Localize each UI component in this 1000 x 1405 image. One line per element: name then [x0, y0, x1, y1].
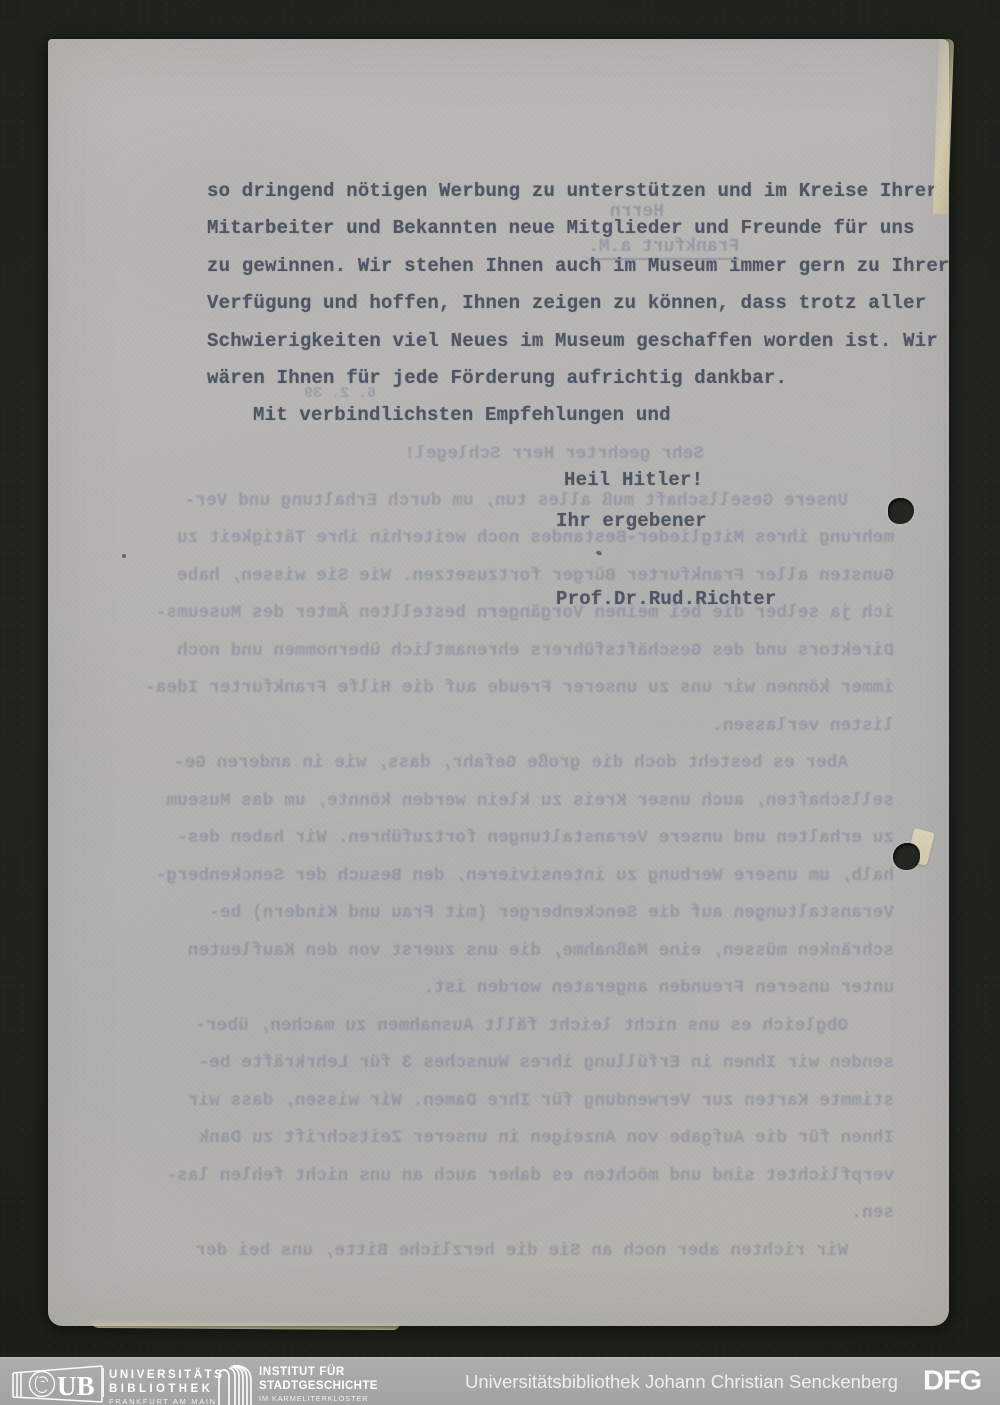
- bleedthrough-line: stimmte Karten zur Verwendung für Ihre D…: [56, 1083, 894, 1121]
- bleedthrough-line: Obgleich es uns nicht leicht fällt Ausna…: [56, 1008, 894, 1046]
- dfg-logo: DFG: [923, 1365, 981, 1397]
- library-attribution-text: Universitätsbibliothek Johann Christian …: [465, 1371, 898, 1393]
- bleedthrough-line: Wir richten aber noch an Sie die herzlic…: [56, 1233, 894, 1271]
- bleedthrough-line: sellschaften, auch unser Kreis zu klein …: [56, 783, 894, 821]
- letter-body: so dringend nötigen Werbung zu unterstüt…: [207, 173, 977, 435]
- typed-line: Schwierigkeiten viel Neues im Museum ges…: [207, 323, 977, 360]
- bleedthrough-line: unter unseren Freunden angeraten worden …: [56, 970, 894, 1008]
- bleedthrough-line: senden wir Ihnen in Erfüllung ihres Wuns…: [56, 1045, 894, 1083]
- ub-frankfurt-logo: UB: [12, 1363, 104, 1403]
- bleedthrough-line: zu erhalten und unsere Veranstaltungen f…: [56, 820, 894, 858]
- typed-line: Mit verbindlichsten Empfehlungen und: [207, 397, 977, 434]
- ub-line1: UNIVERSITÄTS: [109, 1370, 225, 1382]
- punch-hole-top: [888, 498, 914, 524]
- bleedthrough-line: verpflichtet sind und möchten es daher a…: [56, 1158, 894, 1196]
- ub-line2: BIBLIOTHEK: [109, 1384, 225, 1396]
- bleedthrough-line: sen.: [56, 1195, 894, 1233]
- institut-stadtgeschichte-label: INSTITUT FÜR STADTGESCHICHTE IM KARMELIT…: [259, 1367, 378, 1405]
- bleedthrough-line: Aber es besteht doch die große Gefahr, d…: [56, 745, 894, 783]
- institut-line2: STADTGESCHICHTE: [259, 1381, 378, 1393]
- typed-line: wären Ihnen für jede Förderung aufrichti…: [207, 360, 977, 397]
- signature-line: Prof.Dr.Rud.Richter: [556, 581, 776, 618]
- bleedthrough-line: halb, um unsere Werbung zu intensivieren…: [56, 858, 894, 896]
- heil-hitler-line: Heil Hitler!: [556, 462, 776, 499]
- bleedthrough-line: immer können wir uns zu unserer Freude a…: [56, 670, 894, 708]
- university-library-name-lines: UNIVERSITÄTS BIBLIOTHEK FRANKFURT AM MAI…: [109, 1370, 225, 1405]
- bleedthrough-line: schränken müssen, eine Maßnahme, die uns…: [56, 933, 894, 971]
- stadtgeschichte-arch-icon: [215, 1365, 253, 1405]
- bleedthrough-line: Direktors und des Geschäftsführers ehren…: [56, 633, 894, 671]
- scanned-letter-page: Herrn Frankfurt a.M. 6. 2. 39 Sehr geehr…: [48, 39, 949, 1326]
- bleedthrough-line: Veranstaltungen auf die Senckenberger (m…: [56, 895, 894, 933]
- punch-hole-bottom: [893, 843, 920, 870]
- ub-line3: FRANKFURT AM MAIN: [109, 1398, 225, 1405]
- ub-wordmark: UB: [57, 1371, 95, 1401]
- bleedthrough-line: Ihnen für die Aufgabe von Anzeigen in un…: [56, 1120, 894, 1158]
- typed-line: Verfügung und hoffen, Ihnen zeigen zu kö…: [207, 285, 977, 322]
- ink-speck: [122, 554, 126, 558]
- typed-line: so dringend nötigen Werbung zu unterstüt…: [207, 173, 977, 210]
- viewer-footer-bar: UB UNIVERSITÄTS BIBLIOTHEK FRANKFURT AM …: [0, 1357, 1000, 1405]
- sender-line: Ihr ergebener: [556, 503, 776, 540]
- footer-divider-line: [102, 1368, 104, 1397]
- typed-line: zu gewinnen. Wir stehen Ihnen auch im Mu…: [207, 248, 977, 285]
- closing-block: Heil Hitler! Ihr ergebener Prof.Dr.Rud.R…: [556, 462, 776, 618]
- document-scan-background: { "letter": { "body_lines": [ {"text": "…: [0, 0, 1000, 1405]
- institut-line1: INSTITUT FÜR: [259, 1367, 378, 1379]
- typed-line: Mitarbeiter und Bekannten neue Mitgliede…: [207, 210, 977, 247]
- bleedthrough-line: listen verlassen.: [56, 708, 894, 746]
- bottom-deckle-edge: [90, 1319, 400, 1330]
- institut-line3: IM KARMELITERKLOSTER: [259, 1395, 378, 1403]
